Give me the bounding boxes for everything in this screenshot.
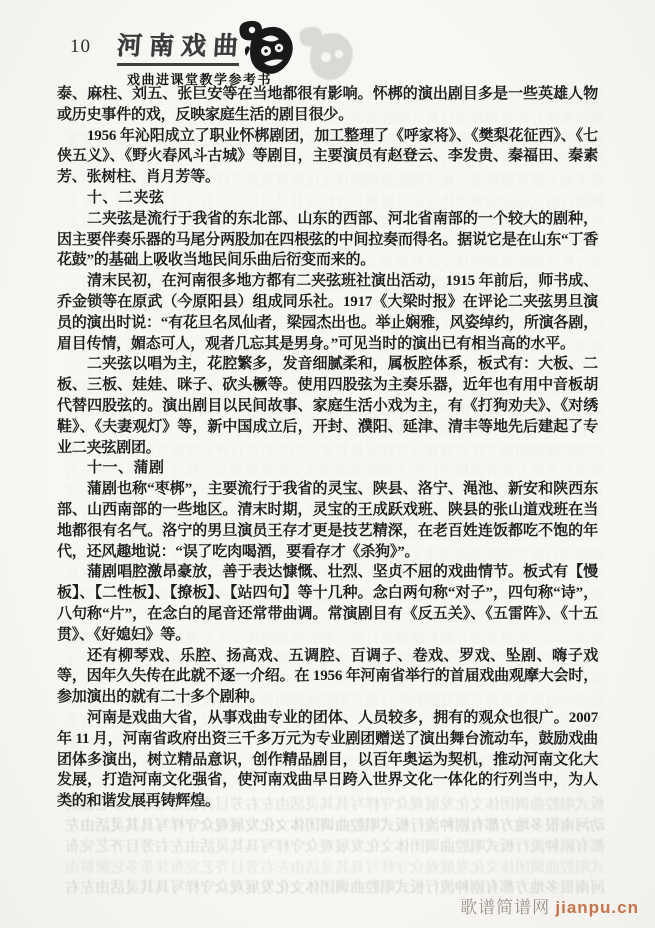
body-paragraph: 1956 年沁阳成立了职业怀梆剧团，加工整理了《呼家将》、《樊梨花征西》、《七侠…	[57, 126, 598, 188]
page-number: 10	[70, 36, 91, 58]
body-paragraph: 清末民初，在河南很多地方都有二夹弦班社演出活动，1915 年前后，师书成、乔金锁…	[57, 271, 598, 354]
scanned-book-page: 班社演出活动河南很多地方都有剧种流行板式唱腔曲调团体文化发展观众守样写具南很多地…	[0, 0, 655, 928]
body-paragraph: 河南是戏曲大省，从事戏曲专业的团体、人员较多，拥有的观众也很广。2007 年 1…	[57, 708, 598, 812]
opera-mask-ghost-image	[286, 24, 362, 91]
section-heading: 十一、蒲剧	[57, 458, 598, 479]
text-blocks: 泰、麻柱、刘五、张巨安等在当地都很有影响。怀梆的演出剧目多是一些英雄人物或历史事…	[57, 84, 598, 812]
body-paragraph: 蒲剧唱腔激昂豪放，善于表达慷慨、壮烈、坚贞不屈的戏曲情节。板式有【慢板】、【二性…	[57, 562, 598, 645]
body-paragraph: 蒲剧也称“枣梆”，主要流行于我省的灵宝、陕县、洛宁、渑池、新安和陕西东部、山西南…	[57, 479, 598, 562]
body-paragraph: 二夹弦是流行于我省的东北部、山东的西部、河北省南部的一个较大的剧种，因主要伴奏乐…	[57, 209, 598, 271]
bleedthrough-line: 动河南很多地方都有剧种流行板式唱腔曲调团体文化发展观众守样写具其灵活由左	[50, 816, 655, 837]
watermark: 歌谱简谱网 jianpu.cn	[460, 893, 639, 918]
watermark-site-name: 歌谱简谱网	[460, 898, 550, 917]
body-paragraph: 还有柳琴戏、乐腔、扬高戏、五调腔、百调子、卷戏、罗戏、坠剧、嗨子戏等，因年久失传…	[57, 646, 598, 708]
watermark-site-url: jianpu.cn	[555, 898, 639, 917]
body-paragraph: 二夹弦以唱为主，花腔繁多，发音细腻柔和，属板腔体系，板式有：大板、二板、三板、娃…	[57, 354, 598, 458]
bleedthrough-line: 式唱腔曲调团体文化发展观众守样写具其灵活由左右芳目齐艺完布芽革多它镢耕南	[50, 858, 654, 879]
body-paragraph: 泰、麻柱、刘五、张巨安等在当地都很有影响。怀梆的演出剧目多是一些英雄人物或历史事…	[57, 84, 598, 126]
bleedthrough-line: 都有剧种流行板式唱腔曲调团体文化发展观众守样写具其灵活由左右芳目齐艺完布	[50, 837, 617, 858]
section-heading: 十、二夹弦	[57, 188, 598, 209]
title-underline	[117, 63, 239, 66]
